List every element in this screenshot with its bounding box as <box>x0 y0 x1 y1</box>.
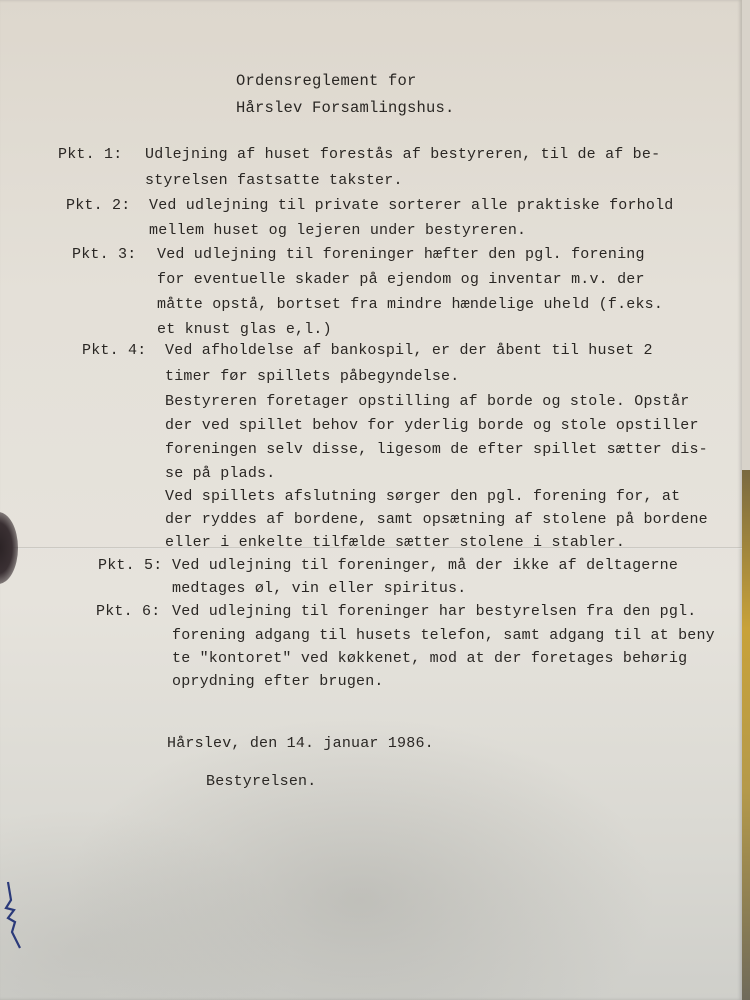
point-6-label: Pkt. 6: <box>96 603 160 620</box>
point-6-line-1: Ved udlejning til foreninger har bestyre… <box>172 603 696 620</box>
point-4-line-8: der ryddes af bordene, samt opsætning af… <box>165 511 708 528</box>
paper-sheet: Ordensreglement for Hårslev Forsamlingsh… <box>0 0 742 1000</box>
point-1-line-1: Udlejning af huset forestås af bestyrere… <box>145 146 660 163</box>
signature: Bestyrelsen. <box>206 773 316 790</box>
document-title-line-2: Hårslev Forsamlingshus. <box>236 100 455 117</box>
point-5-label: Pkt. 5: <box>98 557 162 574</box>
point-2-label: Pkt. 2: <box>66 197 130 214</box>
point-3-line-1: Ved udlejning til foreninger hæfter den … <box>157 246 645 263</box>
point-1-line-2: styrelsen fastsatte takster. <box>145 172 403 189</box>
point-4-line-6: se på plads. <box>165 465 275 482</box>
date-line: Hårslev, den 14. januar 1986. <box>167 735 434 752</box>
point-4-line-9: eller i enkelte tilfælde sætter stolene … <box>165 534 625 551</box>
point-3-label: Pkt. 3: <box>72 246 136 263</box>
pen-mark-icon <box>2 880 22 950</box>
point-4-line-7: Ved spillets afslutning sørger den pgl. … <box>165 488 680 505</box>
point-6-line-4: oprydning efter brugen. <box>172 673 384 690</box>
point-6-line-2: forening adgang til husets telefon, samt… <box>172 627 715 644</box>
point-4-line-2: timer før spillets påbegyndelse. <box>165 368 459 385</box>
point-5-line-2: medtages øl, vin eller spiritus. <box>172 580 466 597</box>
thumb-shadow <box>0 512 18 584</box>
point-2-line-1: Ved udlejning til private sorterer alle … <box>149 197 673 214</box>
point-4-line-4: der ved spillet behov for yderlig borde … <box>165 417 699 434</box>
point-4-line-1: Ved afholdelse af bankospil, er der åben… <box>165 342 653 359</box>
point-6-line-3: te "kontoret" ved køkkenet, mod at der f… <box>172 650 687 667</box>
point-3-line-3: måtte opstå, bortset fra mindre hændelig… <box>157 296 663 313</box>
point-5-line-1: Ved udlejning til foreninger, må der ikk… <box>172 557 678 574</box>
document-title-line-1: Ordensreglement for <box>236 73 417 90</box>
point-4-line-3: Bestyreren foretager opstilling af borde… <box>165 393 689 410</box>
point-3-line-4: et knust glas e,l.) <box>157 321 332 338</box>
point-4-label: Pkt. 4: <box>82 342 146 359</box>
point-3-line-2: for eventuelle skader på ejendom og inve… <box>157 271 645 288</box>
point-4-line-5: foreningen selv disse, ligesom de efter … <box>165 441 708 458</box>
background-edge <box>742 470 750 1000</box>
point-2-line-2: mellem huset og lejeren under bestyreren… <box>149 222 526 239</box>
point-1-label: Pkt. 1: <box>58 146 122 163</box>
